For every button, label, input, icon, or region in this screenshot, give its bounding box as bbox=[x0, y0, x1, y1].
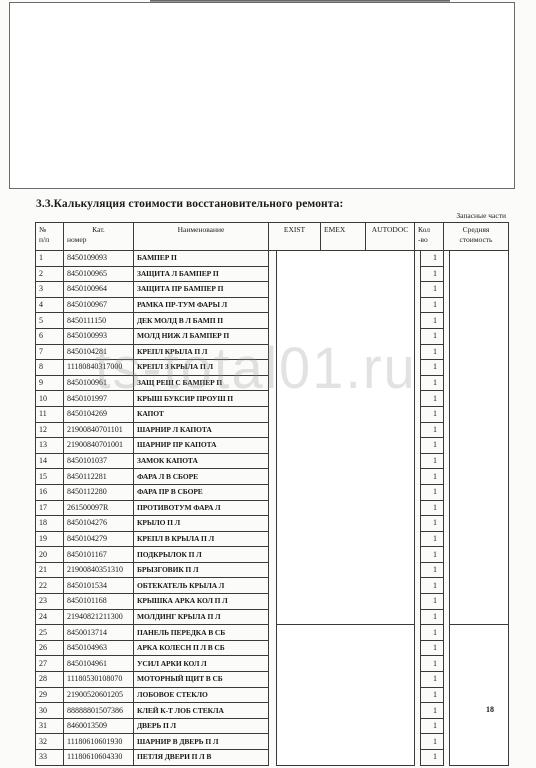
quantity: 1 bbox=[421, 672, 444, 688]
catalog-number: 8450013714 bbox=[64, 625, 134, 641]
row-number: 28 bbox=[36, 672, 64, 688]
spacer-cell bbox=[269, 484, 277, 500]
part-name: МОЛД НИЖ Л БАМПЕР П bbox=[134, 328, 269, 344]
header-num-line2: п/п bbox=[39, 235, 60, 245]
catalog-number: 8450101997 bbox=[64, 391, 134, 407]
catalog-number: 21900840351310 bbox=[64, 562, 134, 578]
row-number: 33 bbox=[36, 750, 64, 766]
catalog-number: 8450100965 bbox=[64, 266, 134, 282]
header-qty-line1: Кол bbox=[418, 225, 440, 235]
catalog-number: 8450111150 bbox=[64, 313, 134, 329]
catalog-number: 8450104279 bbox=[64, 531, 134, 547]
catalog-number: 8450112281 bbox=[64, 469, 134, 485]
spacer-cell bbox=[444, 422, 450, 438]
spacer-cell bbox=[444, 328, 450, 344]
quantity: 1 bbox=[421, 406, 444, 422]
part-name: ЗАЩИТА ПР БАМПЕР П bbox=[134, 282, 269, 298]
quantity: 1 bbox=[421, 422, 444, 438]
catalog-number: 8460013509 bbox=[64, 718, 134, 734]
catalog-number: 8450101037 bbox=[64, 453, 134, 469]
catalog-number: 8450100993 bbox=[64, 328, 134, 344]
part-name: ЗАЩИТА Л БАМПЕР П bbox=[134, 266, 269, 282]
row-number: 13 bbox=[36, 438, 64, 454]
header-num-line1: № bbox=[39, 225, 60, 235]
part-name: ЗАМОК КАПОТА bbox=[134, 453, 269, 469]
spacer-cell bbox=[269, 360, 277, 376]
spacer-cell bbox=[444, 313, 450, 329]
average-cost-block bbox=[450, 251, 509, 625]
quantity: 1 bbox=[421, 453, 444, 469]
spacer-cell bbox=[444, 656, 450, 672]
spacer-cell bbox=[269, 718, 277, 734]
table-row: 78450104281КРЕПЛ КРЫЛА П Л1 bbox=[36, 344, 509, 360]
quantity: 1 bbox=[421, 594, 444, 610]
part-name: ДВЕРЬ П Л bbox=[134, 718, 269, 734]
spacer-cell bbox=[269, 453, 277, 469]
catalog-number: 21900840701001 bbox=[64, 438, 134, 454]
row-number: 18 bbox=[36, 516, 64, 532]
row-number: 9 bbox=[36, 375, 64, 391]
part-name: КРЫШКА АРКА КОЛ П Л bbox=[134, 594, 269, 610]
table-row: 118450104269КАПОТ1 bbox=[36, 406, 509, 422]
table-row: 238450101168КРЫШКА АРКА КОЛ П Л1 bbox=[36, 594, 509, 610]
header-num: № п/п bbox=[36, 223, 64, 251]
row-number: 6 bbox=[36, 328, 64, 344]
quantity: 1 bbox=[421, 625, 444, 641]
table-row: 28450100965ЗАЩИТА Л БАМПЕР П1 bbox=[36, 266, 509, 282]
table-row: 2811180530108070МОТОРНЫЙ ЩИТ В СБ1 bbox=[36, 672, 509, 688]
row-number: 32 bbox=[36, 734, 64, 750]
part-name: АРКА КОЛЕСН П Л В СБ bbox=[134, 640, 269, 656]
header-avg-cost: Средняя стоимость bbox=[444, 223, 509, 251]
table-row: 148450101037ЗАМОК КАПОТА1 bbox=[36, 453, 509, 469]
spacer-cell bbox=[444, 266, 450, 282]
spacer-cell bbox=[269, 344, 277, 360]
quantity: 1 bbox=[421, 718, 444, 734]
quantity: 1 bbox=[421, 344, 444, 360]
table-row: 38450100964ЗАЩИТА ПР БАМПЕР П1 bbox=[36, 282, 509, 298]
catalog-number: 8450104269 bbox=[64, 406, 134, 422]
spacer-cell bbox=[444, 516, 450, 532]
row-number: 14 bbox=[36, 453, 64, 469]
empty-frame bbox=[9, 2, 515, 189]
header-avg-line2: стоимость bbox=[447, 235, 505, 245]
part-name: ШАРНИР Л КАПОТА bbox=[134, 422, 269, 438]
spacer-cell bbox=[444, 578, 450, 594]
quantity: 1 bbox=[421, 360, 444, 376]
part-name: ЗАЩ РЕШ С БАМПЕР П bbox=[134, 375, 269, 391]
spacer-cell bbox=[269, 438, 277, 454]
part-name: КРЫЛО П Л bbox=[134, 516, 269, 532]
part-name: ШАРНИР В ДВЕРЬ П Л bbox=[134, 734, 269, 750]
quantity: 1 bbox=[421, 516, 444, 532]
table-row: 3211180610601930ШАРНИР В ДВЕРЬ П Л1 bbox=[36, 734, 509, 750]
spacer-cell bbox=[269, 375, 277, 391]
table-row: 2121900840351310БРЫЗГОВИК П Л1 bbox=[36, 562, 509, 578]
part-name: КЛЕЙ К-Т ЛОБ СТЕКЛА bbox=[134, 703, 269, 719]
spacer-cell bbox=[444, 687, 450, 703]
quantity: 1 bbox=[421, 391, 444, 407]
quantity: 1 bbox=[421, 282, 444, 298]
quantity: 1 bbox=[421, 609, 444, 625]
quantity: 1 bbox=[421, 734, 444, 750]
spacer-cell bbox=[269, 391, 277, 407]
quantity: 1 bbox=[421, 313, 444, 329]
catalog-number: 8450104281 bbox=[64, 344, 134, 360]
spacer-cell bbox=[444, 297, 450, 313]
spacer-cell bbox=[269, 750, 277, 766]
quantity: 1 bbox=[421, 375, 444, 391]
row-number: 25 bbox=[36, 625, 64, 641]
spacer-cell bbox=[269, 422, 277, 438]
catalog-number: 8450101534 bbox=[64, 578, 134, 594]
spacer-cell bbox=[444, 344, 450, 360]
spacer-cell bbox=[269, 328, 277, 344]
row-number: 27 bbox=[36, 656, 64, 672]
table-row: 258450013714ПАНЕЛЬ ПЕРЕДКА В СБ1 bbox=[36, 625, 509, 641]
part-name: ОБТЕКАТЕЛЬ КРЫЛА Л bbox=[134, 578, 269, 594]
spacer-cell bbox=[444, 640, 450, 656]
part-name: ЛОБОВОЕ СТЕКЛО bbox=[134, 687, 269, 703]
row-number: 1 bbox=[36, 251, 64, 267]
quantity: 1 bbox=[421, 562, 444, 578]
row-number: 24 bbox=[36, 609, 64, 625]
spacer-cell bbox=[269, 313, 277, 329]
spacer-cell bbox=[444, 375, 450, 391]
table-row: 48450100967РАМКА ПР-ТУМ ФАРЫ Л1 bbox=[36, 297, 509, 313]
row-number: 16 bbox=[36, 484, 64, 500]
row-number: 20 bbox=[36, 547, 64, 563]
header-emex: EMEX bbox=[321, 223, 366, 251]
catalog-number: 11180610604330 bbox=[64, 750, 134, 766]
spacer-cell bbox=[444, 282, 450, 298]
table-header-row: № п/п Кат. номер Наименование EXIST EMEX… bbox=[36, 223, 509, 251]
row-number: 23 bbox=[36, 594, 64, 610]
quantity: 1 bbox=[421, 328, 444, 344]
section-subtitle: Запасные части bbox=[456, 211, 506, 220]
row-number: 15 bbox=[36, 469, 64, 485]
table-row: 318460013509ДВЕРЬ П Л1 bbox=[36, 718, 509, 734]
spacer-cell bbox=[269, 251, 277, 267]
spacer-cell bbox=[269, 500, 277, 516]
table-row: 17261500097RПРОТИВОТУМ ФАРА Л1 bbox=[36, 500, 509, 516]
quantity: 1 bbox=[421, 266, 444, 282]
part-name: ПОДКРЫЛОК П Л bbox=[134, 547, 269, 563]
spacer-cell bbox=[269, 625, 277, 641]
row-number: 8 bbox=[36, 360, 64, 376]
header-qty: Кол -во bbox=[415, 223, 444, 251]
quantity: 1 bbox=[421, 656, 444, 672]
part-name: ДЕК МОЛД В Л БАМП П bbox=[134, 313, 269, 329]
part-name: ПЕТЛЯ ДВЕРИ П Л В bbox=[134, 750, 269, 766]
row-number: 31 bbox=[36, 718, 64, 734]
quantity: 1 bbox=[421, 703, 444, 719]
row-number: 4 bbox=[36, 297, 64, 313]
spacer-cell bbox=[444, 734, 450, 750]
quantity: 1 bbox=[421, 531, 444, 547]
spacer-cell bbox=[444, 609, 450, 625]
part-name: БРЫЗГОВИК П Л bbox=[134, 562, 269, 578]
part-name: ФАРА ПР В СБОРЕ bbox=[134, 484, 269, 500]
quantity: 1 bbox=[421, 438, 444, 454]
catalog-number: 11180530108070 bbox=[64, 672, 134, 688]
header-autodoc: AUTODOC bbox=[366, 223, 415, 251]
spacer-cell bbox=[269, 282, 277, 298]
row-number: 3 bbox=[36, 282, 64, 298]
spacer-cell bbox=[269, 609, 277, 625]
spacer-cell bbox=[269, 562, 277, 578]
quantity: 1 bbox=[421, 469, 444, 485]
header-qty-line2: -во bbox=[418, 235, 440, 245]
row-number: 29 bbox=[36, 687, 64, 703]
table-row: 228450101534ОБТЕКАТЕЛЬ КРЫЛА Л1 bbox=[36, 578, 509, 594]
spacer-cell bbox=[444, 453, 450, 469]
part-name: МОЛДИНГ КРЫЛА П Л bbox=[134, 609, 269, 625]
catalog-number: 88888801507386 bbox=[64, 703, 134, 719]
spacer-cell bbox=[444, 438, 450, 454]
table-row: 108450101997КРЫШ БУКСИР ПРОУШ П1 bbox=[36, 391, 509, 407]
catalog-number: 261500097R bbox=[64, 500, 134, 516]
spacer-cell bbox=[444, 469, 450, 485]
catalog-number: 21900840701101 bbox=[64, 422, 134, 438]
catalog-number: 8450104276 bbox=[64, 516, 134, 532]
quantity: 1 bbox=[421, 578, 444, 594]
spacer-cell bbox=[269, 547, 277, 563]
spacer-cell bbox=[444, 406, 450, 422]
table-row: 68450100993МОЛД НИЖ Л БАМПЕР П1 bbox=[36, 328, 509, 344]
parts-cost-table: № п/п Кат. номер Наименование EXIST EMEX… bbox=[35, 222, 509, 766]
average-cost-block bbox=[450, 625, 509, 765]
row-number: 5 bbox=[36, 313, 64, 329]
spacer-cell bbox=[269, 406, 277, 422]
spacer-cell bbox=[269, 266, 277, 282]
part-name: ПРОТИВОТУМ ФАРА Л bbox=[134, 500, 269, 516]
spacer-cell bbox=[269, 656, 277, 672]
quantity: 1 bbox=[421, 297, 444, 313]
table-row: 198450104279КРЕПЛ В КРЫЛА П Л1 bbox=[36, 531, 509, 547]
spacer-cell bbox=[269, 672, 277, 688]
spacer-cell bbox=[444, 562, 450, 578]
price-block-exist-emex-autodoc bbox=[277, 625, 415, 765]
header-name: Наименование bbox=[134, 223, 269, 251]
spacer-cell bbox=[269, 469, 277, 485]
header-cat-line2: номер bbox=[67, 235, 130, 245]
spacer-cell bbox=[444, 718, 450, 734]
spacer-cell bbox=[444, 500, 450, 516]
catalog-number: 21900520601205 bbox=[64, 687, 134, 703]
table-row: 2421940821211300МОЛДИНГ КРЫЛА П Л1 bbox=[36, 609, 509, 625]
part-name: РАМКА ПР-ТУМ ФАРЫ Л bbox=[134, 297, 269, 313]
table-row: 98450100961ЗАЩ РЕШ С БАМПЕР П1 bbox=[36, 375, 509, 391]
catalog-number: 11180840317000 bbox=[64, 360, 134, 376]
table-row: 58450111150ДЕК МОЛД В Л БАМП П1 bbox=[36, 313, 509, 329]
spacer-cell bbox=[444, 594, 450, 610]
price-block-exist-emex-autodoc bbox=[277, 251, 415, 625]
spacer-cell bbox=[269, 297, 277, 313]
spacer-cell bbox=[269, 578, 277, 594]
spacer-cell bbox=[444, 484, 450, 500]
header-avg-line1: Средняя bbox=[447, 225, 505, 235]
catalog-number: 8450101168 bbox=[64, 594, 134, 610]
catalog-number: 8450101167 bbox=[64, 547, 134, 563]
table-row: 3311180610604330ПЕТЛЯ ДВЕРИ П Л В1 bbox=[36, 750, 509, 766]
quantity: 1 bbox=[421, 547, 444, 563]
spacer-cell bbox=[269, 531, 277, 547]
quantity: 1 bbox=[421, 500, 444, 516]
table-row: 1321900840701001ШАРНИР ПР КАПОТА1 bbox=[36, 438, 509, 454]
catalog-number: 8450112280 bbox=[64, 484, 134, 500]
row-number: 22 bbox=[36, 578, 64, 594]
section-title: 3.3.Калькуляция стоимости восстановитель… bbox=[36, 198, 343, 210]
catalog-number: 21940821211300 bbox=[64, 609, 134, 625]
row-number: 19 bbox=[36, 531, 64, 547]
catalog-number: 8450104961 bbox=[64, 656, 134, 672]
table-row: 2921900520601205ЛОБОВОЕ СТЕКЛО1 bbox=[36, 687, 509, 703]
table-row: 268450104963АРКА КОЛЕСН П Л В СБ1 bbox=[36, 640, 509, 656]
spacer-cell bbox=[444, 391, 450, 407]
row-number: 17 bbox=[36, 500, 64, 516]
header-cat-line1: Кат. bbox=[67, 225, 130, 235]
table-row: 1221900840701101ШАРНИР Л КАПОТА1 bbox=[36, 422, 509, 438]
spacer-cell bbox=[269, 516, 277, 532]
part-name: МОТОРНЫЙ ЩИТ В СБ bbox=[134, 672, 269, 688]
header-exist: EXIST bbox=[269, 223, 321, 251]
spacer-cell bbox=[444, 750, 450, 766]
table-row: 18450109093БАМПЕР П1 bbox=[36, 251, 509, 267]
catalog-number: 8450100961 bbox=[64, 375, 134, 391]
row-number: 26 bbox=[36, 640, 64, 656]
row-number: 2 bbox=[36, 266, 64, 282]
quantity: 1 bbox=[421, 484, 444, 500]
spacer-cell bbox=[269, 640, 277, 656]
table-row: 811180840317000КРЕПЛ З КРЫЛА П Л1 bbox=[36, 360, 509, 376]
spacer-cell bbox=[444, 672, 450, 688]
spacer-cell bbox=[444, 547, 450, 563]
part-name: БАМПЕР П bbox=[134, 251, 269, 267]
row-number: 21 bbox=[36, 562, 64, 578]
row-number: 12 bbox=[36, 422, 64, 438]
part-name: УСИЛ АРКИ КОЛ Л bbox=[134, 656, 269, 672]
spacer-cell bbox=[269, 687, 277, 703]
part-name: ШАРНИР ПР КАПОТА bbox=[134, 438, 269, 454]
quantity: 1 bbox=[421, 750, 444, 766]
spacer-cell bbox=[444, 703, 450, 719]
spacer-cell bbox=[269, 734, 277, 750]
row-number: 30 bbox=[36, 703, 64, 719]
quantity: 1 bbox=[421, 640, 444, 656]
spacer-cell bbox=[269, 703, 277, 719]
part-name: КРЕПЛ КРЫЛА П Л bbox=[134, 344, 269, 360]
catalog-number: 8450100967 bbox=[64, 297, 134, 313]
table-row: 278450104961УСИЛ АРКИ КОЛ Л1 bbox=[36, 656, 509, 672]
part-name: КРЕПЛ З КРЫЛА П Л bbox=[134, 360, 269, 376]
header-cat: Кат. номер bbox=[64, 223, 134, 251]
table-row: 208450101167ПОДКРЫЛОК П Л1 bbox=[36, 547, 509, 563]
part-name: ПАНЕЛЬ ПЕРЕДКА В СБ bbox=[134, 625, 269, 641]
row-number: 7 bbox=[36, 344, 64, 360]
table-row: 3088888801507386КЛЕЙ К-Т ЛОБ СТЕКЛА1 bbox=[36, 703, 509, 719]
row-number: 10 bbox=[36, 391, 64, 407]
table-row: 158450112281ФАРА Л В СБОРЕ1 bbox=[36, 469, 509, 485]
row-number: 11 bbox=[36, 406, 64, 422]
page-number: 18 bbox=[486, 705, 494, 714]
catalog-number: 8450100964 bbox=[64, 282, 134, 298]
part-name: ФАРА Л В СБОРЕ bbox=[134, 469, 269, 485]
part-name: КРЕПЛ В КРЫЛА П Л bbox=[134, 531, 269, 547]
quantity: 1 bbox=[421, 687, 444, 703]
catalog-number: 8450109093 bbox=[64, 251, 134, 267]
spacer-cell bbox=[269, 594, 277, 610]
catalog-number: 11180610601930 bbox=[64, 734, 134, 750]
part-name: КРЫШ БУКСИР ПРОУШ П bbox=[134, 391, 269, 407]
catalog-number: 8450104963 bbox=[64, 640, 134, 656]
spacer-cell bbox=[444, 531, 450, 547]
quantity: 1 bbox=[421, 251, 444, 267]
table-row: 188450104276КРЫЛО П Л1 bbox=[36, 516, 509, 532]
part-name: КАПОТ bbox=[134, 406, 269, 422]
table-row: 168450112280ФАРА ПР В СБОРЕ1 bbox=[36, 484, 509, 500]
spacer-cell bbox=[444, 360, 450, 376]
